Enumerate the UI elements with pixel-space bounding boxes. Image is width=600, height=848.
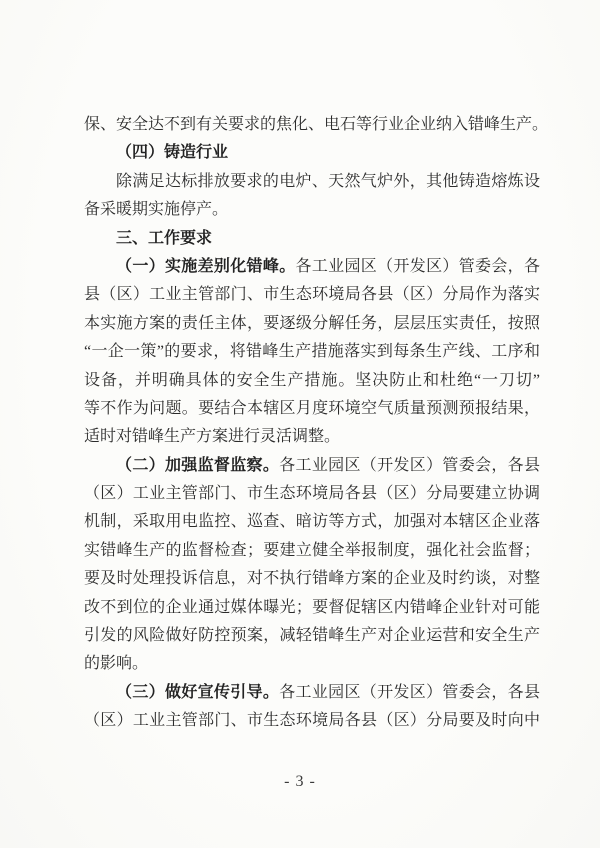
page-number: - 3 - [0,768,600,796]
text-line: 实错峰生产的监督检查；要建立健全举报制度，强化社会监督； [84,537,540,565]
body-text: 除满足达标排放要求的电炉、天然气炉外，其他铸造熔炼设 [116,173,540,190]
body-text: 改不到位的企业通过媒体曝光；要督促辖区内错峰企业针对可能 [84,599,540,616]
body-text: 适时对错峰生产方案进行灵活调整。 [84,428,340,445]
text-line: （区）工业主管部门、市生态环境局各县（区）分局要建立协调 [84,480,540,508]
text-line: 的影响。 [84,650,540,678]
text-line: （区）工业主管部门、市生态环境局各县（区）分局要及时向中 [84,707,540,735]
body-text: （区）工业主管部门、市生态环境局各县（区）分局要建立协调 [84,485,540,502]
text-line: 县（区）工业主管部门、市生态环境局各县（区）分局作为落实 [84,281,540,309]
body-text: 要及时处理投诉信息，对不执行错峰方案的企业及时约谈，对整 [84,570,540,587]
text-line: （二）加强监督监察。各工业园区（开发区）管委会，各县 [84,452,540,480]
text-line: 适时对错峰生产方案进行灵活调整。 [84,423,540,451]
text-line: （三）做好宣传引导。各工业园区（开发区）管委会，各县 [84,679,540,707]
body-text: 各工业园区（开发区）管委会，各 [296,258,540,275]
body-text: 的影响。 [84,655,148,672]
body-text: 备采暖期实施停产。 [84,201,228,218]
text-line: 备采暖期实施停产。 [84,196,540,224]
document-body: 保、安全达不到有关要求的焦化、电石等行业企业纳入错峰生产。（四）铸造行业除满足达… [84,111,540,736]
heading-text: （二）加强监督监察。 [116,457,279,474]
heading-text: （三）做好宣传引导。 [116,684,279,701]
body-text: 各工业园区（开发区）管委会，各县 [279,684,540,701]
body-text: 各工业园区（开发区）管委会，各县 [279,457,540,474]
body-text: 机制，采取用电监控、巡查、暗访等方式，加强对本辖区企业落 [84,513,540,530]
text-line: 除满足达标排放要求的电炉、天然气炉外，其他铸造熔炼设 [84,168,540,196]
text-line: 设备，并明确具体的安全生产措施。坚决防止和杜绝“一刀切” [84,367,540,395]
text-line: （四）铸造行业 [84,139,540,167]
text-line: 要及时处理投诉信息，对不执行错峰方案的企业及时约谈，对整 [84,565,540,593]
text-line: （一）实施差别化错峰。各工业园区（开发区）管委会，各 [84,253,540,281]
text-line: 等不作为问题。要结合本辖区月度环境空气质量预测预报结果， [84,395,540,423]
body-text: 设备，并明确具体的安全生产措施。坚决防止和杜绝“一刀切” [84,372,540,389]
body-text: 实错峰生产的监督检查；要建立健全举报制度，强化社会监督； [84,542,540,559]
text-line: 改不到位的企业通过媒体曝光；要督促辖区内错峰企业针对可能 [84,594,540,622]
body-text: 县（区）工业主管部门、市生态环境局各县（区）分局作为落实 [84,286,540,303]
heading-text: （一）实施差别化错峰。 [116,258,296,275]
heading-text: （四）铸造行业 [116,144,228,161]
document-page: 保、安全达不到有关要求的焦化、电石等行业企业纳入错峰生产。（四）铸造行业除满足达… [0,0,600,848]
body-text: 保、安全达不到有关要求的焦化、电石等行业企业纳入错峰生产。 [84,116,540,133]
body-text: 等不作为问题。要结合本辖区月度环境空气质量预测预报结果， [84,400,540,417]
text-line: 保、安全达不到有关要求的焦化、电石等行业企业纳入错峰生产。 [84,111,540,139]
body-text: 引发的风险做好防控预案，减轻错峰生产对企业运营和安全生产 [84,627,540,644]
body-text: “一企一策”的要求，将错峰生产措施落实到每条生产线、工序和 [84,343,540,360]
text-line: 三、工作要求 [84,225,540,253]
body-text: 本实施方案的责任主体，要逐级分解任务，层层压实责任，按照 [84,315,540,332]
text-line: 机制，采取用电监控、巡查、暗访等方式，加强对本辖区企业落 [84,508,540,536]
body-text: （区）工业主管部门、市生态环境局各县（区）分局要及时向中 [84,712,540,729]
text-line: 本实施方案的责任主体，要逐级分解任务，层层压实责任，按照 [84,310,540,338]
heading-text: 三、工作要求 [116,230,212,247]
text-line: “一企一策”的要求，将错峰生产措施落实到每条生产线、工序和 [84,338,540,366]
text-line: 引发的风险做好防控预案，减轻错峰生产对企业运营和安全生产 [84,622,540,650]
